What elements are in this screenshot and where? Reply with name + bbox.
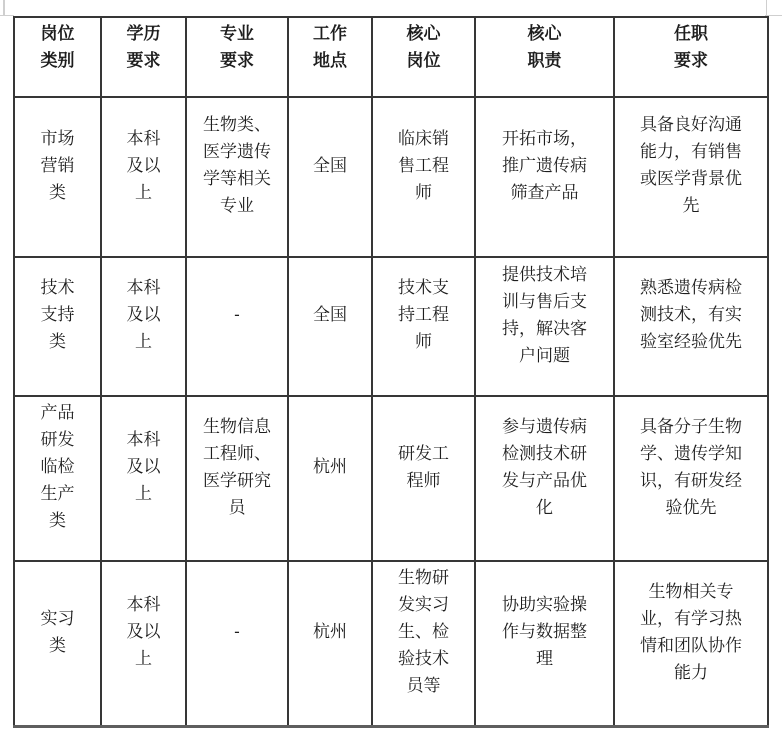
table-cell: 本科及以上 — [101, 257, 186, 396]
table-cell: 全国 — [288, 257, 372, 396]
header-cell-work-location: 工作 地点 — [288, 17, 372, 97]
table-cell: 本科及以上 — [101, 97, 186, 257]
table-row: 市场营销类 本科及以上 生物类、医学遗传学等相关专业 全国 临床销售工程师 开拓… — [14, 97, 768, 257]
table-row: 实习类 本科及以上 - 杭州 生物研发实习生、检验技术员等 协助实验操作与数据整… — [14, 561, 768, 727]
grid-fragment-top-right-vertical — [766, 0, 767, 16]
header-cell-major-requirement: 专业 要求 — [186, 17, 288, 97]
table-cell: 临床销售工程师 — [372, 97, 475, 257]
table-cell: 生物研发实习生、检验技术员等 — [372, 561, 475, 727]
header-cell-qualifications: 任职 要求 — [614, 17, 768, 97]
table-cell: - — [186, 561, 288, 727]
table-cell: 杭州 — [288, 396, 372, 561]
table-header-row: 岗位 类别 学历 要求 专业 要求 工作 地点 核心 岗位 核心 职责 任职 要… — [14, 17, 768, 97]
table-cell: 生物相关专业，有学习热情和团队协作能力 — [614, 561, 768, 727]
header-cell-position-category: 岗位 类别 — [14, 17, 101, 97]
header-cell-core-duties: 核心 职责 — [475, 17, 614, 97]
table-cell: 熟悉遗传病检测技术，有实验室经验优先 — [614, 257, 768, 396]
table-cell: 具备良好沟通能力，有销售或医学背景优先 — [614, 97, 768, 257]
grid-fragment-top-left-horizontal — [0, 15, 14, 16]
table-cell: 生物信息工程师、医学研究员 — [186, 396, 288, 561]
grid-fragment-top-left-vertical — [3, 0, 5, 16]
page-background: 岗位 类别 学历 要求 专业 要求 工作 地点 核心 岗位 核心 职责 任职 要… — [0, 0, 782, 742]
table-cell: 本科及以上 — [101, 561, 186, 727]
table-row: 技术支持类 本科及以上 - 全国 技术支持工程师 提供技术培训与售后支持，解决客… — [14, 257, 768, 396]
table-cell: - — [186, 257, 288, 396]
table-cell: 生物类、医学遗传学等相关专业 — [186, 97, 288, 257]
table-cell: 市场营销类 — [14, 97, 101, 257]
header-cell-core-position: 核心 岗位 — [372, 17, 475, 97]
table-cell: 提供技术培训与售后支持，解决客户问题 — [475, 257, 614, 396]
table-cell: 技术支持类 — [14, 257, 101, 396]
table-cell: 具备分子生物学、遗传学知识，有研发经验优先 — [614, 396, 768, 561]
table-cell: 全国 — [288, 97, 372, 257]
table-row: 产品研发临检生产类 本科及以上 生物信息工程师、医学研究员 杭州 研发工程师 参… — [14, 396, 768, 561]
table-cell: 技术支持工程师 — [372, 257, 475, 396]
table-cell: 研发工程师 — [372, 396, 475, 561]
table-cell: 参与遗传病检测技术研发与产品优化 — [475, 396, 614, 561]
table-cell: 协助实验操作与数据整理 — [475, 561, 614, 727]
table-cell: 本科及以上 — [101, 396, 186, 561]
table-cell: 杭州 — [288, 561, 372, 727]
header-cell-education-requirement: 学历 要求 — [101, 17, 186, 97]
table-cell: 产品研发临检生产类 — [14, 396, 101, 561]
table-cell: 开拓市场，推广遗传病筛查产品 — [475, 97, 614, 257]
table-cell: 实习类 — [14, 561, 101, 727]
job-positions-table: 岗位 类别 学历 要求 专业 要求 工作 地点 核心 岗位 核心 职责 任职 要… — [13, 16, 769, 728]
